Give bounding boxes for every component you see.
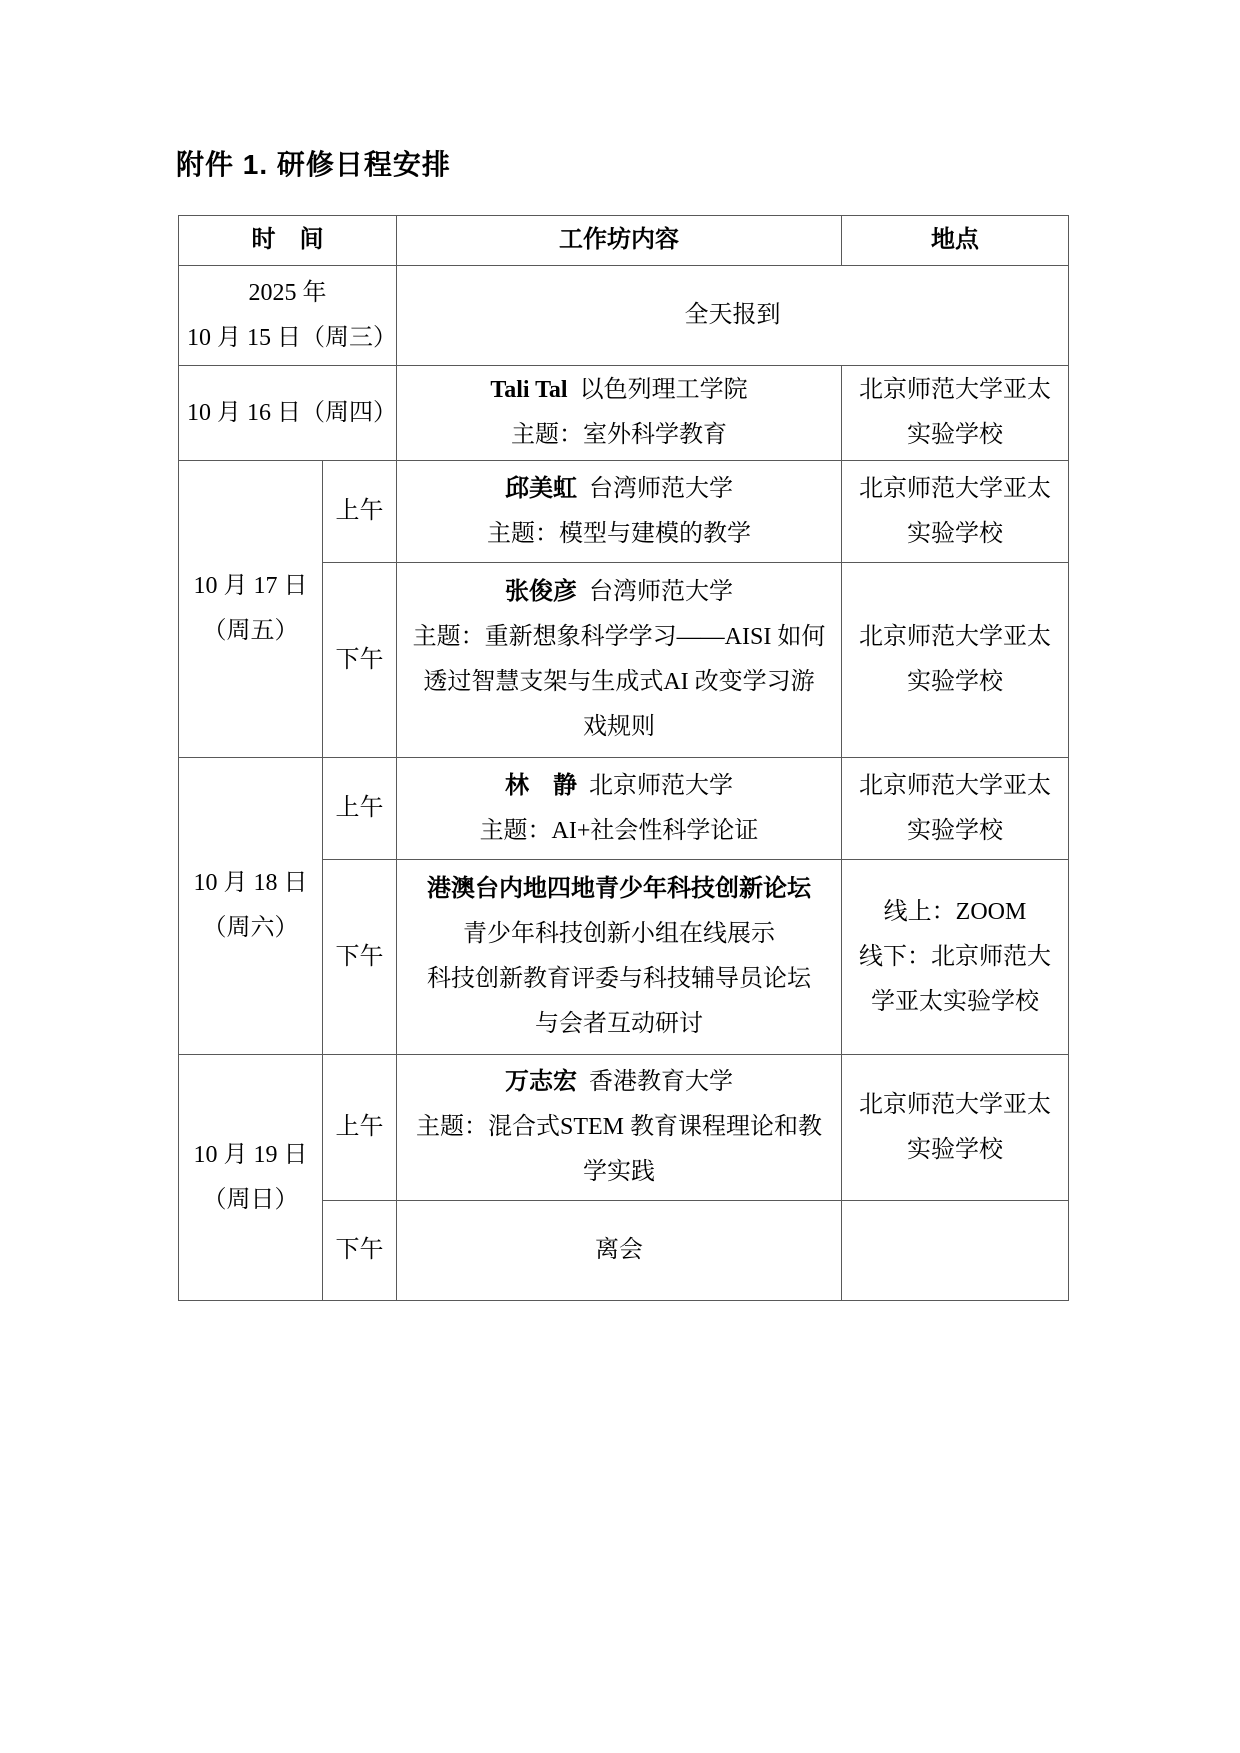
topic-lines: 主题：重新想象科学学习——AISI 如何透过智慧支架与生成式AI 改变学习游戏规… (405, 615, 833, 750)
date-cell-oct15: 2025 年10 月 15 日（周三） (179, 266, 397, 366)
speaker-name: 邱美虹 (505, 476, 577, 502)
topic-lines: 主题：室外科学教育 (405, 413, 833, 458)
topic-lines: 主题：模型与建模的教学 (405, 512, 833, 557)
date-cell-oct16: 10 月 16 日（周四） (179, 366, 397, 461)
date-cell-oct18: 10 月 18 日（周六） (179, 758, 323, 1055)
location-cell-oct17-am: 北京师范大学亚太实验学校 (842, 461, 1069, 563)
ampm-cell-oct18-pm: 下午 (323, 860, 397, 1055)
topic-lines: 主题：混合式STEM 教育课程理论和教学实践 (405, 1105, 833, 1195)
location-cell-oct17-pm: 北京师范大学亚太实验学校 (842, 563, 1069, 758)
header-cell-time: 时 间 (179, 216, 397, 266)
speaker-affiliation: 台湾师范大学 (589, 579, 733, 605)
speaker-line: 张俊彦台湾师范大学 (405, 570, 833, 615)
topic-lines: 主题：AI+社会性科学论证 (405, 809, 833, 854)
page-title: 附件 1. 研修日程安排 (176, 147, 451, 183)
content-cell-oct16: Tali Tal以色列理工学院 主题：室外科学教育 (397, 366, 842, 461)
location-cell-oct19-pm (842, 1201, 1069, 1301)
header-cell-location: 地点 (842, 216, 1069, 266)
ampm-cell-oct19-am: 上午 (323, 1055, 397, 1201)
table-header-row: 时 间 工作坊内容 地点 (179, 216, 1069, 266)
topic-lines: 青少年科技创新小组在线展示科技创新教育评委与科技辅导员论坛与会者互动研讨 (405, 912, 833, 1047)
date-cell-oct19: 10 月 19 日（周日） (179, 1055, 323, 1301)
speaker-name: Tali Tal (490, 377, 567, 403)
header-cell-content: 工作坊内容 (397, 216, 842, 266)
speaker-line: 万志宏香港教育大学 (405, 1060, 833, 1105)
schedule-table: 时 间 工作坊内容 地点 2025 年10 月 15 日（周三） 全天报到 10… (178, 215, 1069, 1301)
speaker-name: 林 静 (505, 773, 577, 799)
content-cell-oct17-pm: 张俊彦台湾师范大学 主题：重新想象科学学习——AISI 如何透过智慧支架与生成式… (397, 563, 842, 758)
content-cell-oct17-am: 邱美虹台湾师范大学 主题：模型与建模的教学 (397, 461, 842, 563)
content-cell-oct19-pm: 离会 (397, 1201, 842, 1301)
table-row-oct16: 10 月 16 日（周四） Tali Tal以色列理工学院 主题：室外科学教育 … (179, 366, 1069, 461)
table-row-oct17-am: 10 月 17 日（周五） 上午 邱美虹台湾师范大学 主题：模型与建模的教学 北… (179, 461, 1069, 563)
speaker-line: 林 静北京师范大学 (405, 764, 833, 809)
ampm-cell-oct17-am: 上午 (323, 461, 397, 563)
ampm-cell-oct17-pm: 下午 (323, 563, 397, 758)
table-row-oct15: 2025 年10 月 15 日（周三） 全天报到 (179, 266, 1069, 366)
speaker-affiliation: 香港教育大学 (589, 1069, 733, 1095)
location-cell-oct16: 北京师范大学亚太实验学校 (842, 366, 1069, 461)
speaker-name: 张俊彦 (505, 579, 577, 605)
speaker-affiliation: 台湾师范大学 (589, 476, 733, 502)
speaker-name: 万志宏 (505, 1069, 577, 1095)
date-cell-oct17: 10 月 17 日（周五） (179, 461, 323, 758)
table-row-oct19-am: 10 月 19 日（周日） 上午 万志宏香港教育大学 主题：混合式STEM 教育… (179, 1055, 1069, 1201)
speaker-affiliation: 以色列理工学院 (580, 377, 748, 403)
speaker-affiliation: 北京师范大学 (589, 773, 733, 799)
content-cell-oct15: 全天报到 (397, 266, 1069, 366)
table-row-oct18-am: 10 月 18 日（周六） 上午 林 静北京师范大学 主题：AI+社会性科学论证… (179, 758, 1069, 860)
location-cell-oct19-am: 北京师范大学亚太实验学校 (842, 1055, 1069, 1201)
speaker-line: 邱美虹台湾师范大学 (405, 467, 833, 512)
speaker-line: Tali Tal以色列理工学院 (405, 368, 833, 413)
location-cell-oct18-pm: 线上：ZOOM线下：北京师范大学亚太实验学校 (842, 860, 1069, 1055)
content-cell-oct18-am: 林 静北京师范大学 主题：AI+社会性科学论证 (397, 758, 842, 860)
forum-title: 港澳台内地四地青少年科技创新论坛 (405, 867, 833, 912)
ampm-cell-oct19-pm: 下午 (323, 1201, 397, 1301)
content-cell-oct19-am: 万志宏香港教育大学 主题：混合式STEM 教育课程理论和教学实践 (397, 1055, 842, 1201)
ampm-cell-oct18-am: 上午 (323, 758, 397, 860)
location-cell-oct18-am: 北京师范大学亚太实验学校 (842, 758, 1069, 860)
content-cell-oct18-pm: 港澳台内地四地青少年科技创新论坛 青少年科技创新小组在线展示科技创新教育评委与科… (397, 860, 842, 1055)
